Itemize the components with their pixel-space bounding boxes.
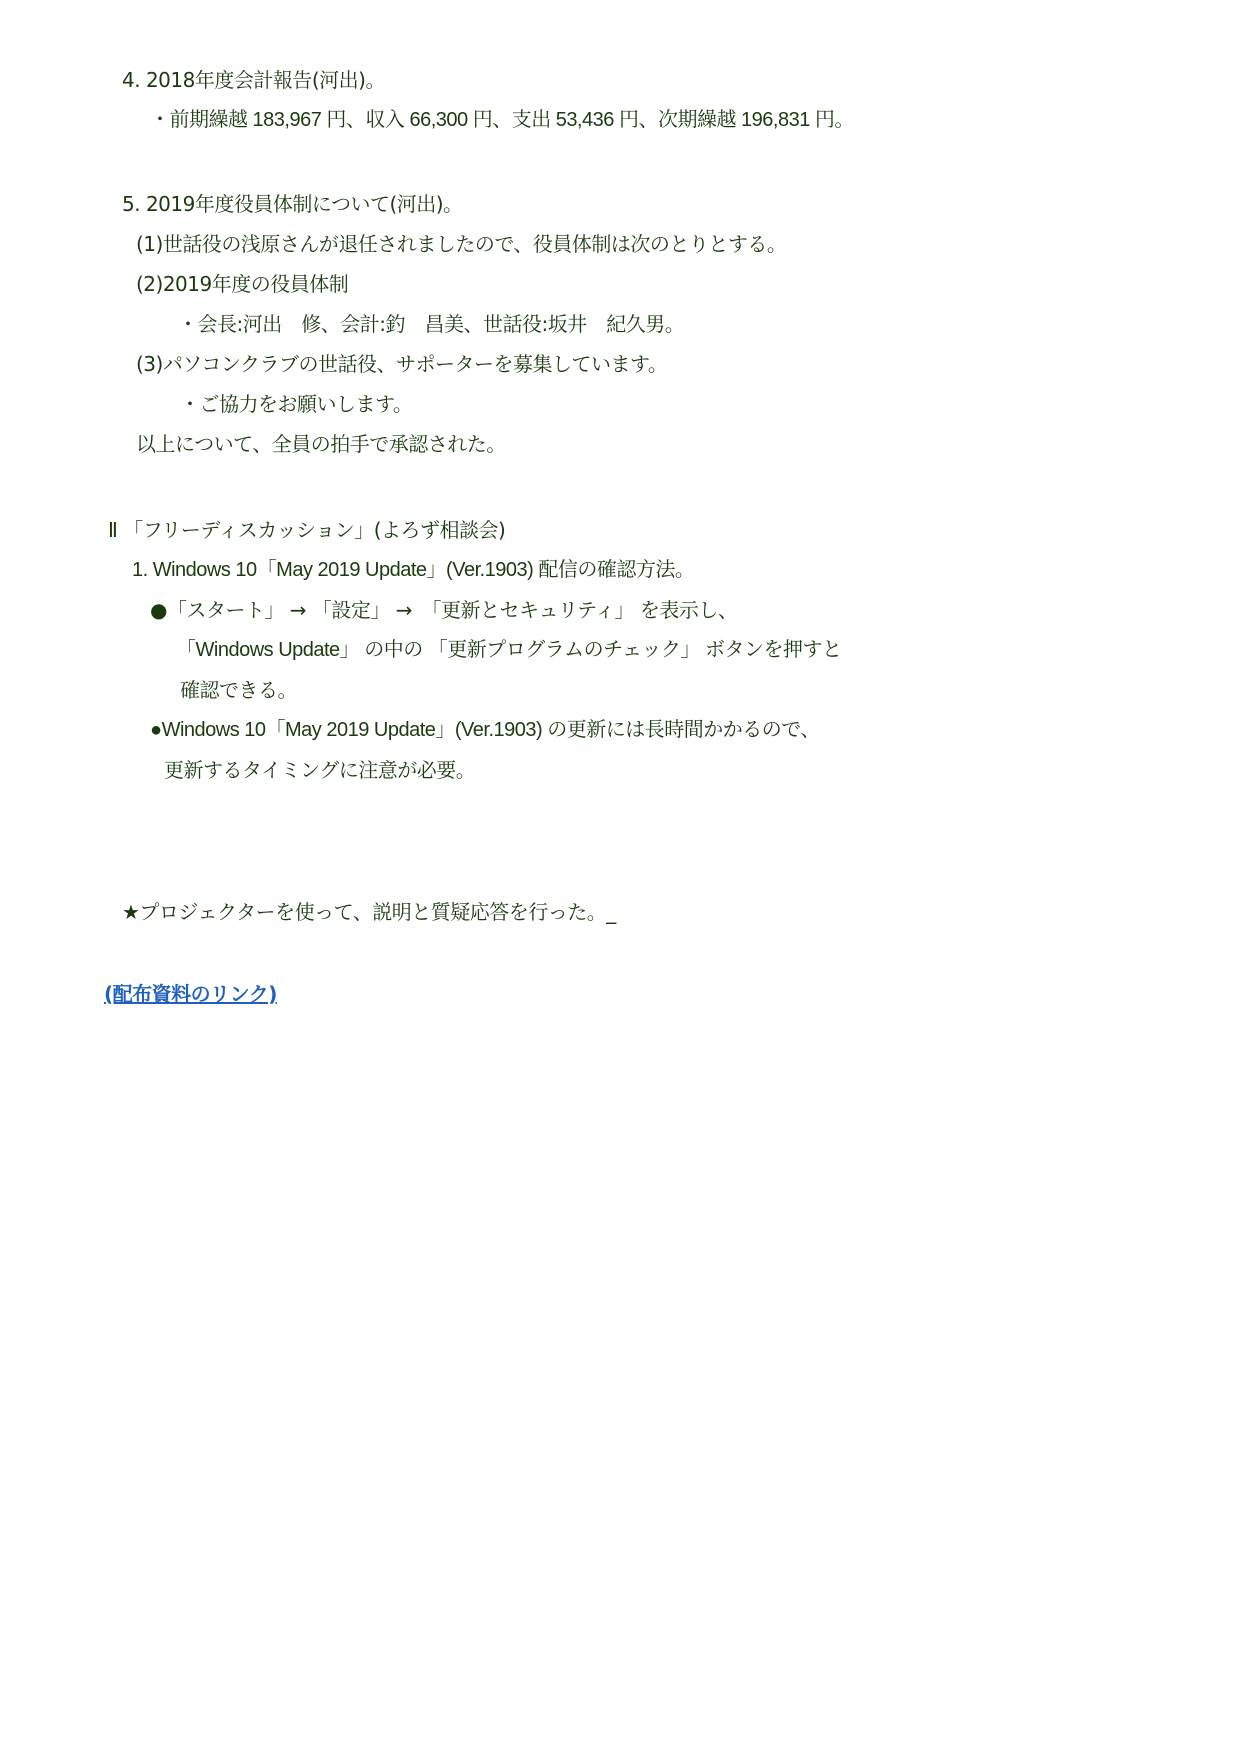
section-5-heading: 5. 2019年度役員体制について(河出)。 bbox=[122, 190, 463, 218]
section-5-item-1: (1)世話役の浅原さんが退任されましたので、役員体制は次のとりとする。 bbox=[136, 230, 786, 258]
section-II-item-1: 1. Windows 10「May 2019 Update」(Ver.1903)… bbox=[132, 556, 694, 584]
section-5-officers-detail: ・会長:河出 修、会計:釣 昌美、世話役:坂井 紀久男。 bbox=[178, 310, 684, 338]
section-4-accounting-detail: ・前期繰越 183,967 円、収入 66,300 円、支出 53,436 円、… bbox=[150, 106, 854, 134]
section-5-item-2: (2)2019年度の役員体制 bbox=[136, 270, 348, 298]
bullet-1-line-1: ●「スタート」 → 「設定」 → 「更新とセキュリティ」 を表示し、 bbox=[150, 596, 737, 624]
section-5-conclusion: 以上について、全員の拍手で承認された。 bbox=[136, 430, 506, 458]
section-4-heading: 4. 2018年度会計報告(河出)。 bbox=[122, 66, 385, 94]
projector-note: ★プロジェクターを使って、説明と質疑応答を行った。_ bbox=[122, 898, 616, 926]
bullet-1-line-2: 「Windows Update」 の中の 「更新プログラムのチェック」 ボタンを… bbox=[176, 636, 842, 664]
section-5-item-3-detail: ・ご協力をお願いします。 bbox=[180, 390, 412, 418]
bullet-1-line-3: 確認できる。 bbox=[180, 676, 297, 704]
handout-link[interactable]: (配布資料のリンク) bbox=[104, 980, 277, 1008]
bullet-2-line-2: 更新するタイミングに注意が必要。 bbox=[164, 756, 475, 784]
section-5-item-3: (3)パソコンクラブの世話役、サポーターを募集しています。 bbox=[136, 350, 667, 378]
bullet-2-line-1: ●Windows 10「May 2019 Update」(Ver.1903) の… bbox=[150, 716, 820, 744]
section-II-heading: Ⅱ 「フリーディスカッション」(よろず相談会) bbox=[108, 516, 505, 544]
